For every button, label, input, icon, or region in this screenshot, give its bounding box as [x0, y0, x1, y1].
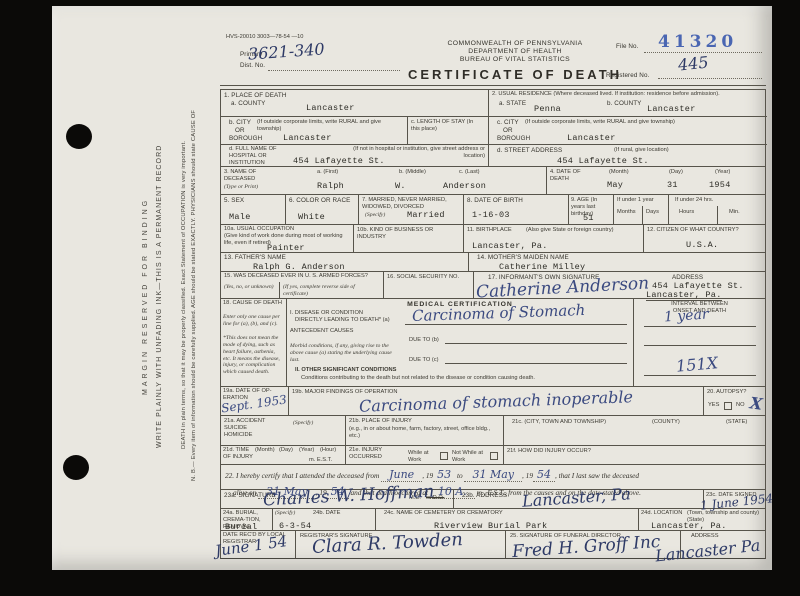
disease-condition-label-2: DIRECTLY LEADING TO DEATH* (a) [295, 317, 390, 324]
disease-condition-label-1: I. DISEASE OR CONDITION [290, 310, 363, 317]
first-name-header: a. (First) [317, 169, 338, 176]
street-address-note: (If rural, give location) [614, 147, 669, 154]
scanned-death-certificate: { "colors": { "paper": "#e9e7e0", "ink_b… [0, 0, 800, 596]
injury-year-header: (Year) [299, 447, 314, 454]
last-name-value: Anderson [443, 181, 486, 191]
middle-name-value: W. [395, 181, 406, 191]
hours-label: Hours [679, 209, 694, 216]
field-residence-street: d. STREET ADDRESS (If rural, give locati… [489, 144, 767, 166]
section-date-of-death: 4. DATE OF DEATH (Month) (Day) (Year) Ma… [547, 167, 767, 194]
usual-occupation-value: Painter [267, 243, 305, 253]
file-number-label: File No. [616, 43, 639, 50]
form-grid: 1. PLACE OF DEATH a. COUNTY Lancaster b.… [220, 90, 766, 559]
accident-suicide-homicide-label: 21a. ACCIDENT SUICIDE HOMICIDE [224, 418, 274, 439]
father-name-value: Ralph G. Anderson [253, 262, 345, 272]
section-age-under-24-hrs: If under 24 hrs. Hours Min. [669, 195, 766, 224]
row-name-dod: 3. NAME OF DECEASED (Type or Print) a. (… [221, 166, 765, 194]
place-of-death-label: 1. PLACE OF DEATH [224, 92, 286, 99]
place-of-injury-label: 21b. PLACE OF INJURY [349, 418, 412, 425]
field-city-of-death: b. CITY (If outside corporate limits, wr… [221, 116, 488, 144]
section-place-of-death: 1. PLACE OF DEATH a. COUNTY Lancaster b.… [221, 90, 489, 166]
section-medical-certification: MEDICAL CERTIFICATION I. DISEASE OR COND… [287, 299, 634, 386]
section-mother-name: 14. MOTHER'S MAIDEN NAME Catherine Mille… [469, 253, 767, 271]
dod-day-header: (Day) [669, 169, 683, 176]
injury-specify-note: (Specify) [293, 420, 313, 427]
physician-address-label: 23b. ADDRESS [462, 492, 507, 499]
attended-to-year-handwritten: 54 [533, 468, 555, 482]
injury-est-label: m. E.S.T. [309, 457, 332, 464]
row-parents: 13. FATHER'S NAME Ralph G. Anderson 14. … [221, 252, 765, 271]
usual-occupation-label: 10a. USUAL OCCUPATION [224, 226, 350, 233]
section-date-received: DATE REC'D BY LOCAL REGISTRAR June 1 54 [221, 531, 296, 558]
city-borough-label: BOROUGH [229, 135, 262, 142]
hospital-value: 454 Lafayette St. [293, 156, 385, 166]
margin-binding-note: MARGIN RESERVED FOR BINDING [142, 66, 149, 526]
injury-occurred-label: 21e. INJURY OCCURRED [349, 447, 409, 461]
dod-year-header: (Year) [715, 169, 730, 176]
city-or-label: OR [235, 127, 245, 134]
mother-name-label: 14. MOTHER'S MAIDEN NAME [477, 254, 569, 261]
middle-name-header: b. (Middle) [399, 169, 426, 176]
city-of-death-label: b. CITY [229, 119, 251, 126]
not-while-at-work-checkbox [490, 452, 498, 460]
row-sex-race-marital-birth-age: 5. SEX Male 6. COLOR OR RACE White 7. MA… [221, 194, 765, 224]
sex-value: Male [229, 212, 251, 222]
cemetery-location-value: Lancaster, Pa. [651, 521, 727, 531]
burial-date-value: 6-3-54 [279, 521, 311, 531]
section-citizenship: 12. CITIZEN OF WHAT COUNTRY? U.S.A. [644, 225, 766, 252]
section-age-under-1-year: If under 1 year Months Days [614, 195, 669, 224]
antecedent-causes-label: ANTECEDENT CAUSES [290, 328, 353, 335]
funeral-director-address-label: ADDRESS [691, 533, 719, 540]
section-usual-residence: 2. USUAL RESIDENCE (Where deceased lived… [489, 90, 767, 166]
section-injury-city-county-state: 21c. (CITY, TOWN AND TOWNSHIP) (COUNTY) … [504, 416, 766, 445]
row-injury-type-place: 21a. ACCIDENT SUICIDE HOMICIDE (Specify)… [221, 415, 765, 445]
field-hospital: d. FULL NAME OF HOSPITAL OR INSTITUTION … [221, 144, 488, 166]
section-funeral-director-address: ADDRESS Lancaster Pa [681, 531, 767, 558]
section-date-signed: 23c. DATE SIGNED 1 June 1954 [704, 490, 766, 508]
citizenship-value: U.S.A. [686, 240, 718, 250]
interval-c-line [644, 299, 756, 376]
armed-forces-label: 15. WAS DECEASED EVER IN U. S. ARMED FOR… [224, 273, 380, 280]
armed-forces-note2: (If yes, complete reverse side of certif… [283, 284, 379, 298]
attended-from-handwritten: June [381, 468, 422, 482]
section-birthplace: 11. BIRTHPLACE (Also give State or forei… [464, 225, 644, 252]
cause-of-death-label: 18. CAUSE OF DEATH [223, 300, 283, 307]
section-registrar-signature: REGISTRAR'S SIGNATURE Clara R. Towden [296, 531, 506, 558]
dod-year-value: 1954 [709, 180, 731, 190]
under-24-hrs-label: If under 24 hrs. [675, 197, 713, 204]
header-agency-block: COMMONWEALTH OF PENNSYLVANIA DEPARTMENT … [400, 40, 630, 82]
attended-from-year-handwritten: 53 [433, 468, 455, 482]
field-county-of-death: 1. PLACE OF DEATH a. COUNTY Lancaster [221, 90, 488, 116]
certify-19-a: , 19 [422, 471, 433, 480]
section-informant: 17. INFORMANT'S OWN SIGNATURE ADDRESS Ca… [474, 272, 765, 298]
marital-status-label-text: 7. MARRIED, NEVER MARRIED, WIDOWED, DIVO… [362, 197, 460, 211]
dod-month-header: (Month) [609, 169, 629, 176]
type-or-print-note: (Type or Print) [224, 184, 258, 191]
first-name-value: Ralph [317, 181, 344, 191]
cause-note-one-per-line: Enter only one cause per line for (a), (… [223, 314, 281, 328]
row-certification-statement: 22. I hereby certify that I attended the… [221, 464, 765, 489]
section-physician-signature: 23a. SIGNATURE Charles W. Hoffman M.D. o… [221, 490, 454, 508]
major-findings-label: 19b. MAJOR FINDINGS OF OPERATION [292, 389, 397, 396]
section-color-race: 6. COLOR OR RACE White [286, 195, 359, 224]
bureau-line: BUREAU OF VITAL STATISTICS [400, 56, 630, 64]
other-significant-conditions-note: Conditions contributing to the death but… [301, 375, 551, 382]
residence-state-label: a. STATE [499, 100, 526, 107]
birthplace-label: 11. BIRTHPLACE [467, 227, 512, 234]
margin-nb-note-line1: N. B.— Every item of information should … [191, 21, 197, 569]
residence-or-label: OR [503, 127, 513, 134]
birthplace-note: (Also give State or foreign country) [526, 227, 636, 234]
under-1-year-label: If under 1 year [617, 197, 654, 204]
color-race-value: White [298, 212, 325, 222]
registered-number-label: Registered No. [606, 72, 649, 79]
autopsy-yes-checkbox [724, 402, 732, 410]
residence-city-note: (If outside corporate limits, write RURA… [525, 119, 745, 126]
morbid-conditions-note: Morbid conditions, if any, giving rise t… [290, 343, 400, 364]
time-of-injury-label: 21d. TIME OF INJURY [223, 447, 253, 461]
certificate-card: MARGIN RESERVED FOR BINDING WRITE PLAINL… [52, 6, 772, 570]
commonwealth-line: COMMONWEALTH OF PENNSYLVANIA [400, 40, 630, 48]
hospital-label: d. FULL NAME OF HOSPITAL OR INSTITUTION [229, 146, 301, 167]
residence-city-value: Lancaster [567, 133, 616, 143]
field-residence-state-county: 2. USUAL RESIDENCE (Where deceased lived… [489, 90, 767, 116]
section-cemetery-name: 24c. NAME OF CEMETERY OR CREMATORY River… [376, 509, 639, 530]
while-at-work-checkbox [440, 452, 448, 460]
marital-status-value: Married [407, 210, 445, 220]
section-time-of-injury: 21d. TIME OF INJURY (Month) (Day) (Year)… [221, 446, 346, 464]
sex-label: 5. SEX [224, 197, 244, 204]
section-interval-column: INTERVAL BETWEEN ONSET AND DEATH 1 year … [634, 299, 765, 386]
autopsy-yes-label: YES [708, 402, 719, 409]
birthplace-value: Lancaster, Pa. [472, 241, 548, 251]
injury-day-header: (Day) [279, 447, 293, 454]
length-of-stay-divider [407, 117, 408, 145]
date-of-birth-label: 8. DATE OF BIRTH [467, 197, 523, 204]
section-injury-occurred: 21e. INJURY OCCURRED While at Work Not W… [346, 446, 504, 464]
major-findings-handwritten: Carcinoma of stomach inoperable [359, 387, 633, 416]
row-burial: 24a. BURIAL, CREMA-TION, REMOVAL Burial … [221, 508, 765, 530]
cause-c-line [445, 299, 627, 364]
residence-state-value: Penna [534, 104, 561, 114]
burial-specify-note: (Specify) [275, 510, 295, 517]
street-address-value: 454 Lafayette St. [557, 156, 649, 166]
punch-hole-top [66, 124, 92, 149]
other-significant-conditions-label: II. OTHER SIGNIFICANT CONDITIONS [295, 367, 396, 374]
min-label: Min. [729, 209, 740, 216]
row-occupation-birthplace-citizen: 10a. USUAL OCCUPATION (Give kind of work… [221, 224, 765, 252]
injury-county-label: (COUNTY) [652, 419, 680, 426]
section-accident-suicide-homicide: 21a. ACCIDENT SUICIDE HOMICIDE (Specify) [221, 416, 346, 445]
section-father-name: 13. FATHER'S NAME Ralph G. Anderson [221, 253, 469, 271]
field-residence-city: c. CITY (If outside corporate limits, wr… [489, 116, 767, 144]
autopsy-label: 20. AUTOPSY? [707, 389, 746, 396]
section-date-of-operation: 19a. DATE OF OP-ERATION Sept. 1953 [221, 387, 289, 415]
autopsy-no-mark-handwritten: X [749, 393, 764, 414]
residence-county-label: b. COUNTY [607, 100, 642, 107]
date-of-birth-value: 1-16-03 [472, 210, 510, 220]
name-of-deceased-label: 3. NAME OF DECEASED [224, 169, 284, 183]
usual-residence-label: 2. USUAL RESIDENCE (Where deceased lived… [492, 91, 762, 98]
city-of-death-note: (If outside corporate limits, write RURA… [257, 119, 403, 133]
section-social-security: 16. SOCIAL SECURITY NO. [384, 272, 474, 298]
certification-line1: 22. I hereby certify that I attended the… [225, 467, 763, 484]
age-value: 51 [583, 213, 594, 223]
residence-city-label: c. CITY [497, 119, 519, 126]
place-of-injury-note: (e.g., in or about home, farm, factory, … [349, 426, 497, 440]
section-marital-status: 7. MARRIED, NEVER MARRIED, WIDOWED, DIVO… [359, 195, 464, 224]
dod-day-value: 31 [667, 180, 678, 190]
section-burial-date: (Specify) 24b. DATE 6-3-54 [273, 509, 376, 530]
form-header: HVS-20010 3003—78-54 —10 Primary Dist. N… [220, 30, 766, 85]
armed-forces-divider [279, 282, 280, 299]
registered-number-line [658, 30, 762, 79]
department-line: DEPARTMENT OF HEALTH [400, 48, 630, 56]
industry-label: 10b. KIND OF BUSINESS OR INDUSTRY [357, 227, 457, 241]
row-place-residence: 1. PLACE OF DEATH a. COUNTY Lancaster b.… [221, 90, 765, 166]
section-how-injury-occurred: 21f. HOW DID INJURY OCCUR? [504, 446, 766, 464]
registered-number-handwritten: 445 [677, 52, 709, 74]
length-of-stay-label: c. LENGTH OF STAY (In this place) [411, 119, 483, 133]
burial-date-label: 24b. DATE [313, 510, 340, 517]
margin-permanent-record-note: WRITE PLAINLY WITH UNFADING INK—THIS IS … [156, 31, 163, 561]
armed-forces-note1: (Yes, no, or unknown) [224, 284, 276, 291]
autopsy-no-label: NO [736, 402, 745, 409]
margin-nb-note-line2: DEATH in plain terms, so that it may be … [181, 21, 187, 569]
row-operation-autopsy: 19a. DATE OF OP-ERATION Sept. 1953 19b. … [221, 386, 765, 415]
months-days-divider [642, 206, 643, 225]
color-race-label: 6. COLOR OR RACE [289, 197, 355, 204]
due-to-c-label: DUE TO (c) [409, 357, 439, 364]
cause-note-mode-of-dying: *This does not mean the mode of dying, s… [223, 335, 281, 376]
injury-state-label: (STATE) [726, 419, 747, 426]
citizenship-label: 12. CITIZEN OF WHAT COUNTRY? [647, 227, 759, 234]
days-label: Days [646, 209, 659, 216]
city-of-death-value: Lancaster [283, 133, 332, 143]
injury-city-label: 21c. (CITY, TOWN AND TOWNSHIP) [512, 419, 606, 426]
not-while-at-work-label: Not While at Work [452, 450, 488, 464]
row-forces-ssn-informant: 15. WAS DECEASED EVER IN U. S. ARMED FOR… [221, 271, 765, 298]
row-injury-time-occur: 21d. TIME OF INJURY (Month) (Day) (Year)… [221, 445, 765, 464]
months-label: Months [617, 209, 636, 216]
row-registrar-funeral-director: DATE REC'D BY LOCAL REGISTRAR June 1 54 … [221, 530, 765, 558]
certify-text-1: 22. I hereby certify that I attended the… [225, 471, 379, 480]
certify-to: to [457, 471, 463, 480]
section-place-of-injury: 21b. PLACE OF INJURY (e.g., in or about … [346, 416, 504, 445]
county-of-death-label: a. COUNTY [231, 100, 266, 107]
injury-month-header: (Month) [255, 447, 275, 454]
certificate-form: HVS-20010 3003—78-54 —10 Primary Dist. N… [220, 30, 766, 556]
marital-specify-note: (Specify) [365, 212, 385, 219]
dod-month-value: May [607, 180, 623, 190]
section-major-findings: 19b. MAJOR FINDINGS OF OPERATION Carcino… [289, 387, 704, 415]
section-certification-statement: 22. I hereby certify that I attended the… [221, 465, 767, 489]
section-usual-occupation: 10a. USUAL OCCUPATION (Give kind of work… [221, 225, 354, 252]
street-address-label: d. STREET ADDRESS [497, 147, 562, 154]
last-name-header: c. (Last) [459, 169, 480, 176]
date-of-death-label: 4. DATE OF DEATH [550, 169, 584, 183]
section-industry: 10b. KIND OF BUSINESS OR INDUSTRY [354, 225, 464, 252]
section-physician-address: 23b. ADDRESS Lancaster, Pa [454, 490, 704, 508]
how-did-injury-occur-label: 21f. HOW DID INJURY OCCUR? [507, 448, 591, 455]
section-autopsy: 20. AUTOPSY? YES NO X [704, 387, 766, 415]
section-armed-forces: 15. WAS DECEASED EVER IN U. S. ARMED FOR… [221, 272, 384, 298]
section-date-of-birth: 8. DATE OF BIRTH 1-16-03 [464, 195, 569, 224]
county-of-death-value: Lancaster [306, 103, 355, 113]
while-at-work-label: While at Work [408, 450, 440, 464]
section-burial-type: 24a. BURIAL, CREMA-TION, REMOVAL Burial [221, 509, 273, 530]
certify-text-2: , that I last saw the deceased [555, 471, 639, 480]
section-name-of-deceased: 3. NAME OF DECEASED (Type or Print) a. (… [221, 167, 547, 194]
punch-hole-bottom [63, 455, 89, 480]
certificate-title: CERTIFICATE OF DEATH [400, 67, 630, 82]
due-to-b-label: DUE TO (b) [409, 337, 439, 344]
section-cause-label-column: 18. CAUSE OF DEATH Enter only one cause … [221, 299, 287, 386]
residence-borough-label: BOROUGH [497, 135, 530, 142]
injury-hour-header: (Hour) [320, 447, 336, 454]
mother-name-value: Catherine Milley [499, 262, 585, 272]
attended-to-handwritten: 31 May [464, 468, 522, 482]
cemetery-name-label: 24c. NAME OF CEMETERY OR CREMATORY [384, 510, 503, 517]
certify-19-b: , 19 [522, 471, 533, 480]
ssn-label: 16. SOCIAL SECURITY NO. [387, 274, 469, 281]
row-cause-of-death: 18. CAUSE OF DEATH Enter only one cause … [221, 298, 765, 386]
section-age: 9. AGE (In years last birthday) 51 [569, 195, 614, 224]
father-name-label: 13. FATHER'S NAME [224, 254, 286, 261]
row-physician: 23a. SIGNATURE Charles W. Hoffman M.D. o… [221, 489, 765, 508]
hours-min-divider [717, 206, 718, 225]
section-sex: 5. SEX Male [221, 195, 286, 224]
residence-county-value: Lancaster [647, 104, 696, 114]
